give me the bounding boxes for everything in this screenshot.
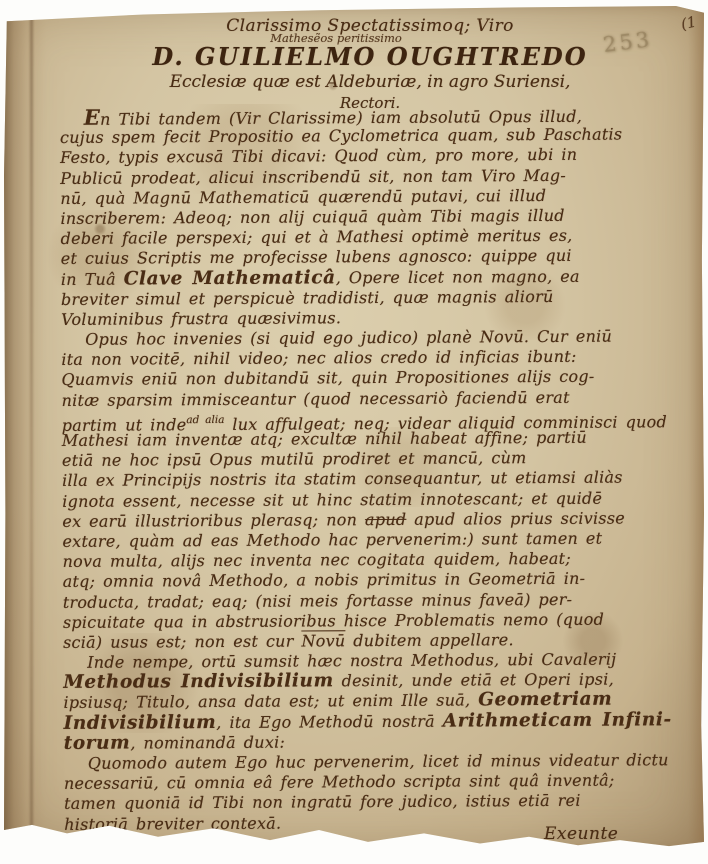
dedication-heading: Clarissimo Spectatissimoq; Viro Mathesẽo… — [64, 16, 676, 112]
manuscript-line: spicuitate qua in abstrusioribus hisce P… — [63, 609, 697, 633]
line-segment: apud alios prius scivisse — [406, 508, 625, 528]
line-segment: sciā) usus est; non est cur — [63, 631, 302, 651]
line-segment: in Tuâ — [61, 269, 124, 288]
line-segment: dubitem appellare. — [345, 630, 513, 650]
folio-corner-mark: (1 — [679, 13, 698, 34]
manuscript-page: (1 253 Clarissimo Spectatissimoq; Viro M… — [4, 6, 704, 852]
line-segment: ex earū illustrioribus plerasq; non — [62, 510, 365, 531]
manuscript-line: partim ut indead alia lux affulgeat; neq… — [62, 407, 696, 431]
methodus-indivisibilium-emphasis: Methodus Indivisibilium — [63, 671, 334, 694]
manuscript-body: En Tibi tandem (Vir Clarissime) iam abso… — [60, 104, 698, 835]
clave-mathematica-emphasis: Clave Mathematicâ — [124, 267, 336, 289]
indivisibilium-emphasis: Indivisibilium — [63, 712, 216, 734]
manuscript-scan: (1 253 Clarissimo Spectatissimoq; Viro M… — [0, 0, 708, 864]
manuscript-line: extare, quàm ad eas Methodo hac pervener… — [62, 528, 696, 552]
arithmeticam-infinitorum-emphasis: torum — [64, 732, 131, 753]
crossed-out-word: apud — [365, 510, 406, 529]
binding-edge — [4, 6, 46, 852]
heading-church-line: Ecclesiæ quæ est Aldeburiæ, in agro Suri… — [64, 72, 676, 92]
arithmeticam-infinitorum-emphasis: Arithmeticam Infini- — [443, 709, 672, 731]
line-segment: desinit, unde etiā et Operi ipsi, — [334, 670, 614, 691]
line-segment: , Opere licet non magno, ea — [336, 266, 580, 286]
line-segment: ipsiusq; Titulo, ansa data est; ut enim … — [63, 691, 478, 713]
line-segment: , nominandā duxi: — [130, 732, 285, 752]
overlined-word: Novū — [301, 631, 345, 650]
binding-crease — [30, 6, 33, 852]
manuscript-line: Opus hoc invenies (si quid ego judico) p… — [61, 326, 695, 350]
heading-interlinear-insert: Mathesẽos peritissimo — [30, 31, 642, 45]
heading-dedicatee-name: D. GUILIELMO OUGHTREDO — [64, 42, 676, 71]
manuscript-line: Indivisibilium, ita Ego Methodū nostrā A… — [63, 710, 697, 734]
interlinear-insertion: ad alia — [186, 414, 224, 426]
catchword-exeunte: Exeunte — [544, 824, 618, 844]
line-segment: , ita Ego Methodū nostrā — [216, 711, 443, 731]
geometriam-emphasis: Geometriam — [478, 689, 612, 711]
